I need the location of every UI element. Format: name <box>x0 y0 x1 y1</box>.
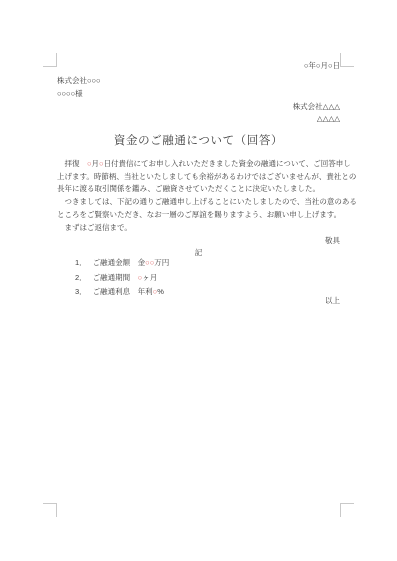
list-item-text: ご融通利息 年利○% <box>93 287 164 297</box>
sender-name: △△△△ <box>317 114 340 124</box>
body-line-6: まずはご返信まで。 <box>57 222 343 235</box>
record-marker: 記 <box>0 247 397 258</box>
list-item-amount: 1． ご融通金額 金○○万円 <box>75 258 169 268</box>
body-line-2: 上げます。時節柄、当社といたしましても余裕があるわけではございませんが、貴社との <box>57 171 343 184</box>
list-item-number: 1． <box>75 258 87 268</box>
body-line-1: 拝復 ○月○日付貴信にてお申し入れいただきました資金の融通について、ご回答申し <box>57 158 343 171</box>
list-item-text: ご融通金額 金○○万円 <box>93 258 170 268</box>
crop-mark-bottom-right <box>340 503 354 517</box>
end-marker: 以上 <box>325 296 340 306</box>
body-line-3: 長年に渡る取引関係を鑑み、ご融資させていただくことに決定いたしました。 <box>57 183 343 196</box>
body-line-5: ところをご賢察いただき、なお一層のご厚誼を賜りますよう、お願い申し上げます。 <box>57 209 343 222</box>
list-item-number: 2． <box>75 273 87 283</box>
recipient-company: 株式会社○○○ <box>57 76 101 86</box>
letter-body: 拝復 ○月○日付貴信にてお申し入れいただきました資金の融通について、ご回答申し … <box>57 158 343 234</box>
document-title: 資金のご融通について（回答） <box>0 132 397 148</box>
list-item-interest: 3． ご融通利息 年利○% <box>75 287 169 297</box>
crop-mark-top-right <box>340 53 354 67</box>
list-item-number: 3． <box>75 287 87 297</box>
date-line: ○年○月○日 <box>304 61 340 71</box>
closing-word: 敬具 <box>325 236 340 246</box>
body-line-4: つきましては、下記の通りご融通申し上げることにいたしましたので、当社の意のある <box>57 196 343 209</box>
document-page: ○年○月○日 株式会社○○○ ○○○○様 株式会社△△△ △△△△ 資金のご融通… <box>0 0 397 561</box>
list-item-period: 2． ご融通期間 ○ヶ月 <box>75 273 169 283</box>
recipient-name: ○○○○様 <box>57 89 83 99</box>
terms-list: 1． ご融通金額 金○○万円 2． ご融通期間 ○ヶ月 3． ご融通利息 年利○… <box>75 258 169 302</box>
sender-company: 株式会社△△△ <box>293 102 340 112</box>
crop-mark-top-left <box>43 53 57 67</box>
list-item-text: ご融通期間 ○ヶ月 <box>93 273 158 283</box>
crop-mark-bottom-left <box>43 503 57 517</box>
